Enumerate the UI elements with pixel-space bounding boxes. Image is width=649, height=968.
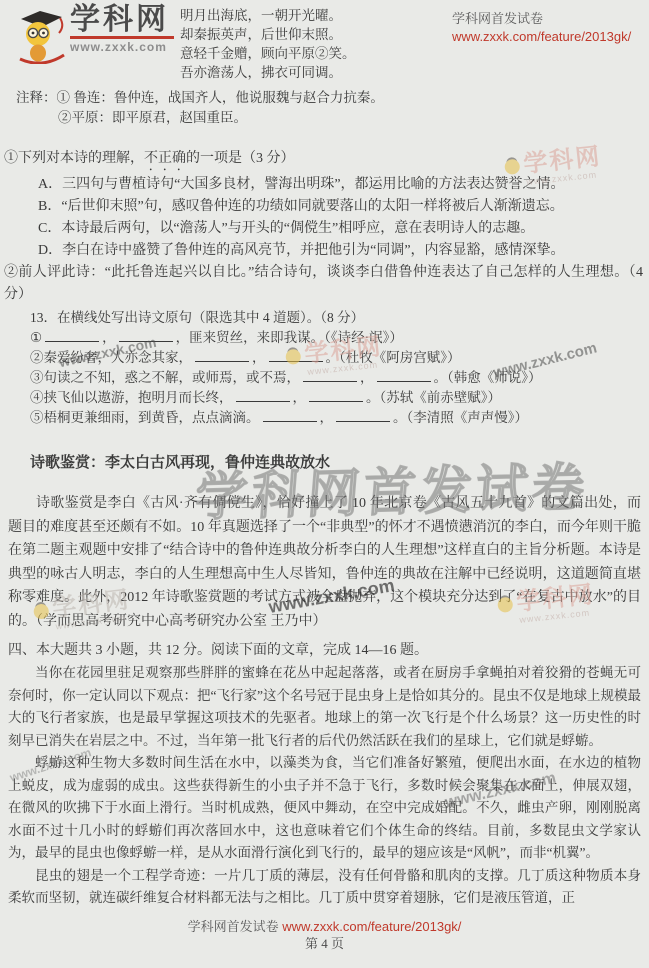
item-source: （杜牧《阿房宫赋》） (339, 350, 461, 365)
answer-blank (45, 329, 99, 342)
zxxk-mascot-icon (12, 4, 68, 69)
fill-in-item: ⑤梧桐更兼细雨，到黄昏，点点滴滴。，。（李清照《声声慢》） (30, 408, 643, 428)
question-13-title: 13．在横线处写出诗文原句（限选其中 4 道题）。（8 分） (30, 308, 643, 328)
answer-blank (336, 409, 390, 422)
item-text: 。 (393, 410, 407, 425)
answer-blank (309, 389, 363, 402)
answer-blank (303, 369, 357, 382)
option-a: A．三四句与曹植诗句“大国多良材，譬海出明珠”，都运用比喻的方法表达赞誉之情。 (38, 174, 643, 196)
zxxk-logo-title: 学科网 (70, 4, 174, 36)
exam-page: 学科网 www.zxxk.com 明月出海底，一朝开光曜。 却秦振英声，后世仰末… (0, 0, 649, 968)
fill-in-item: ③句读之不知，惑之不解，或师焉，或不焉，，。（韩愈《师说》） (30, 368, 643, 388)
item-text: ②秦爱纷奢，人亦念其家， (30, 350, 192, 365)
page-number: 第 4 页 (0, 935, 649, 952)
answer-blank (263, 409, 317, 422)
question-13: 13．在横线处写出诗文原句（限选其中 4 道题）。（8 分） ①，，匪来贸丝，来… (30, 308, 643, 428)
zxxk-logo-url: www.zxxk.com (70, 36, 174, 54)
issue-info: 学科网首发试卷 www.zxxk.com/feature/2013gk/ (452, 10, 631, 46)
item-text: 。 (366, 390, 380, 405)
item-text: 。 (326, 350, 340, 365)
item-separator: ， (252, 350, 266, 365)
poem-notes: 注释：① 鲁连：鲁仲连，战国齐人，他说服魏与赵合力抗秦。 ②平原：即平原君，赵国… (16, 88, 649, 128)
stem-text: 的一项是（3 分） (186, 151, 295, 166)
question-stem: ①下列对本诗的理解，不正确的一项是（3 分） (4, 148, 643, 174)
item-separator: ， (102, 330, 116, 345)
fill-in-item: ②秦爱纷奢，人亦念其家，，。（杜牧《阿房宫赋》） (30, 348, 643, 368)
item-text: ③句读之不知，惑之不解，或师焉，或不焉， (30, 370, 300, 385)
fill-in-item: ①，，匪来贸丝，来即我谋。（《诗经·氓》） (30, 328, 643, 348)
reading-paragraph-3: 昆虫的翅是一个工程学奇迹：一片几丁质的薄层，没有任何骨骼和肌肉的支撑。几丁质这种… (8, 865, 641, 910)
option-d: D．李白在诗中盛赞了鲁仲连的高风亮节，并把他引为“同调”，内容显豁，感情深挚。 (38, 240, 643, 262)
note-line: 注释：① 鲁连：鲁仲连，战国齐人，他说服魏与赵合力抗秦。 (16, 88, 649, 108)
issue-url-link[interactable]: www.zxxk.com/feature/2013gk/ (452, 28, 631, 46)
item-separator: ， (360, 370, 374, 385)
item-text: ① (30, 330, 42, 345)
appraisal-body: 诗歌鉴赏是李白《古风·齐有倜傥生》，恰好撞上了 10 年北京卷《古风五十九首》的… (8, 492, 641, 633)
page-footer: 学科网首发试卷 www.zxxk.com/feature/2013gk/ 第 4… (0, 919, 649, 952)
answer-blank (377, 369, 431, 382)
item-source: （苏轼《前赤壁赋》） (380, 390, 502, 405)
issue-title: 学科网首发试卷 (452, 10, 631, 28)
item-text: ，匪来贸丝，来即我谋。 (176, 330, 325, 345)
appraisal-heading: 诗歌鉴赏：李太白古风再现，鲁仲连典故放水 (30, 454, 649, 472)
stem-text: ①下列对本诗的理解， (4, 151, 144, 166)
stem-emphasis: 不正确 (144, 151, 186, 166)
answer-blank (236, 389, 290, 402)
note-line: ②平原：即平原君，赵国重臣。 (58, 108, 649, 128)
item-source: （韩愈《师说》） (447, 370, 542, 385)
footer-url-link[interactable]: www.zxxk.com/feature/2013gk/ (282, 919, 461, 934)
item-text: ④挟飞仙以遨游，抱明月而长终， (30, 390, 233, 405)
zxxk-logo-text: 学科网 www.zxxk.com (70, 4, 174, 54)
section-4-heading: 四、本大题共 3 小题，共 12 分。阅读下面的文章，完成 14—16 题。 (8, 640, 641, 662)
item-source: （《诗经·氓》） (324, 330, 403, 345)
option-c: C．本诗最后两句，以“澹荡人”与开头的“倜傥生”相呼应，意在表明诗人的志趣。 (38, 218, 643, 240)
option-b: B．“后世仰末照”句，感叹鲁仲连的功绩如同就要落山的太阳一样将被后人渐渐遗忘。 (38, 196, 643, 218)
answer-blank (119, 329, 173, 342)
question-12-part2: ②前人评此诗：“此托鲁连起兴以自比。”结合诗句，谈谈李白借鲁仲连表达了自己怎样的… (4, 262, 643, 306)
item-separator: ， (320, 410, 334, 425)
footer-issue: 学科网首发试卷 (188, 919, 279, 934)
item-text: 。 (434, 370, 448, 385)
item-source: （李清照《声声慢》） (407, 410, 529, 425)
poem-line: 吾亦澹荡人，拂衣可同调。 (180, 63, 649, 82)
fill-in-item: ④挟飞仙以遨游，抱明月而长终，，。（苏轼《前赤壁赋》） (30, 388, 643, 408)
question-12: ①下列对本诗的理解，不正确的一项是（3 分） A．三四句与曹植诗句“大国多良材，… (4, 148, 643, 306)
answer-blank (269, 349, 323, 362)
answer-blank (195, 349, 249, 362)
page-header: 学科网 www.zxxk.com 明月出海底，一朝开光曜。 却秦振英声，后世仰末… (0, 0, 649, 82)
item-text: ⑤梧桐更兼细雨，到黄昏，点点滴滴。 (30, 410, 260, 425)
item-separator: ， (293, 390, 307, 405)
poem-line: 意轻千金赠，顾向平原②笑。 (180, 44, 649, 63)
reading-paragraph-1: 当你在花园里驻足观察那些胖胖的蜜蜂在花丛中起起落落，或者在厨房手拿蝇拍对着狡猾的… (8, 662, 641, 752)
reading-paragraph-2: 蜉蝣这种生物大多数时间生活在水中，以藻类为食，当它们准备好繁殖，便爬出水面，在水… (8, 752, 641, 865)
zxxk-logo: 学科网 www.zxxk.com (12, 4, 174, 69)
